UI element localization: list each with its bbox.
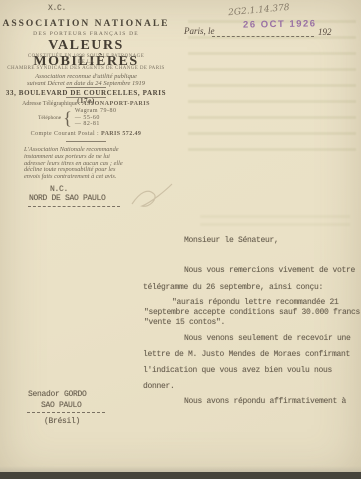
divider — [66, 97, 106, 98]
telegram-quote-line: "vente 15 contos". — [144, 318, 225, 327]
divider — [66, 141, 106, 142]
date-prefix: Paris, le — [184, 26, 215, 36]
pencil-scribble — [128, 178, 176, 212]
recognition-line1: Association reconnue d'utilité publique — [0, 73, 172, 80]
body-line: lettre de M. Justo Mendes de Moraes conf… — [143, 350, 350, 359]
telephone-number: — 82-81 — [75, 121, 117, 128]
subject-underline — [28, 206, 120, 207]
brace-glyph: { — [63, 109, 72, 127]
org-name-line1: ASSOCIATION NATIONALE — [0, 19, 172, 29]
file-code-top: X.C. — [48, 4, 66, 13]
org-subtitle-line1: CONSTITUÉE EN 1898 SOUS LE PATRONAGE — [0, 54, 172, 59]
telegraph-value: ASSONAPORT-PARIS — [82, 101, 150, 107]
org-name-line2: DES PORTEURS FRANÇAIS DE — [0, 31, 172, 37]
date-fill-line — [212, 36, 314, 37]
body-line: Nous venons seulement de recevoir une — [184, 334, 351, 343]
body-line: l'indication que vous avez bien voulu no… — [143, 366, 332, 375]
recipient-city: SAO PAULO — [41, 401, 82, 410]
telegraph-address: Adresse Télégraphique : ASSONAPORT-PARIS — [0, 101, 172, 107]
org-subtitle-line3: CHAMBRE SYNDICALE DES AGENTS DE CHANGE D… — [0, 66, 172, 71]
org-subtitle-line2: DE LA — [0, 60, 172, 65]
letterhead-notice: L'Association Nationale recommande insta… — [24, 147, 148, 181]
year-printed: 192 — [318, 27, 332, 37]
recognition-line2: suivant Décret en date du 24 Septembre 1… — [0, 80, 172, 87]
telephone-block: Téléphone { Wagram 79-80 — 55-60 — 82-81 — [38, 108, 148, 128]
divider — [66, 87, 106, 88]
scan-edge — [0, 472, 361, 479]
telephone-number: Wagram 79-80 — [75, 108, 117, 115]
telegram-quote-line: "aurais répondu lettre recommandée 21 — [172, 298, 339, 307]
file-code: N.C. — [50, 185, 68, 194]
recipient-underline — [27, 412, 105, 413]
body-line: donner. — [143, 382, 175, 391]
body-line: Nous vous remercions vivement de votre — [184, 266, 355, 275]
postal-account: Compte Courant Postal : PARIS 572.49 — [0, 131, 172, 137]
telephone-label: Téléphone — [38, 115, 61, 121]
file-subject: NORD DE SAO PAULO — [29, 194, 106, 203]
recipient-country: (Brésil) — [44, 417, 80, 426]
telegram-quote-line: "septembre accepte conditions sauf 30.00… — [144, 308, 360, 317]
bleed-through-texture — [200, 210, 350, 226]
postal-label: Compte Courant Postal : — [31, 131, 99, 137]
body-line: télégramme du 26 septembre, ainsi conçu: — [143, 283, 323, 292]
letter-scan: X.C. ASSOCIATION NATIONALE DES PORTEURS … — [0, 0, 361, 479]
body-line: Nous avons répondu affirmativement à — [184, 397, 346, 406]
recipient-name: Senador GORDO — [28, 390, 87, 399]
telegraph-label: Adresse Télégraphique : — [22, 101, 81, 107]
date-stamp: 26 OCT 1926 — [243, 18, 317, 30]
salutation: Monsieur le Sénateur, — [184, 236, 279, 245]
postal-value: PARIS 572.49 — [101, 131, 141, 137]
